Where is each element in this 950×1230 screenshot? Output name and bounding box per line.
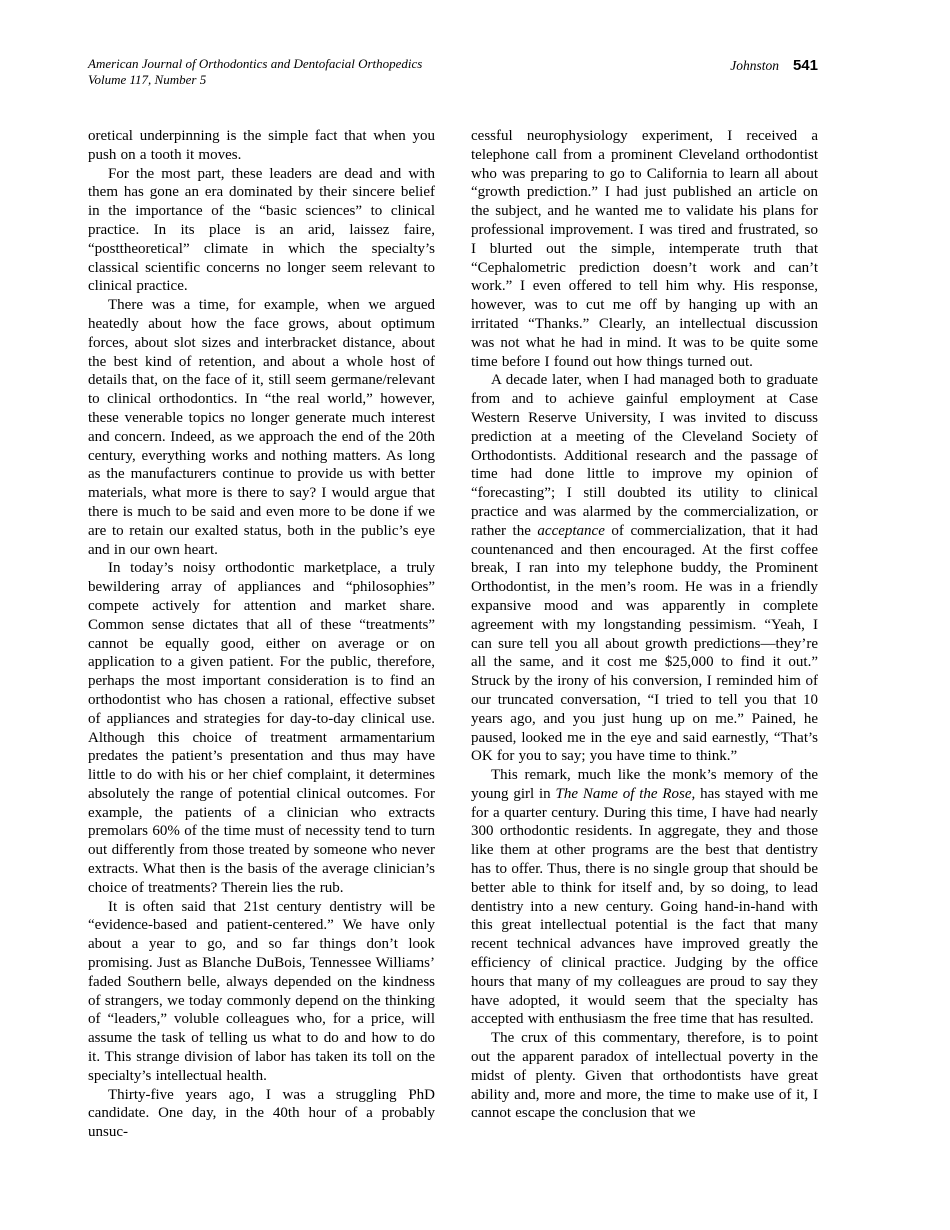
paragraph: It is often said that 21st century denti… xyxy=(88,898,435,1086)
text-run: A decade later, when I had managed both … xyxy=(471,372,818,538)
paragraph: oretical underpinning is the simple fact… xyxy=(88,127,435,165)
text-run: cessful neurophysiology experiment, I re… xyxy=(471,128,818,370)
text-run: For the most part, these leaders are dea… xyxy=(88,166,435,295)
journal-volume-number: Volume 117, Number 5 xyxy=(88,72,422,88)
paragraph: Thirty-five years ago, I was a strugglin… xyxy=(88,1086,435,1142)
text-run: The Name of the Rose, xyxy=(556,786,696,802)
paragraph: There was a time, for example, when we a… xyxy=(88,296,435,559)
text-run: There was a time, for example, when we a… xyxy=(88,297,435,557)
journal-title: American Journal of Orthodontics and Den… xyxy=(88,56,422,72)
author-name: Johnston xyxy=(730,58,779,73)
running-head: Johnston541 xyxy=(730,56,818,75)
paragraph: The crux of this commentary, therefore, … xyxy=(471,1029,818,1123)
journal-info: American Journal of Orthodontics and Den… xyxy=(88,56,422,88)
text-run: In today’s noisy orthodontic marketplace… xyxy=(88,560,435,896)
page-header: American Journal of Orthodontics and Den… xyxy=(88,56,818,88)
text-run: acceptance xyxy=(537,523,604,539)
paragraph: This remark, much like the monk’s memory… xyxy=(471,766,818,1029)
paragraph: cessful neurophysiology experiment, I re… xyxy=(471,127,818,371)
text-run: The crux of this commentary, therefore, … xyxy=(471,1030,818,1121)
column-left: oretical underpinning is the simple fact… xyxy=(88,127,435,1142)
text-run: Thirty-five years ago, I was a strugglin… xyxy=(88,1087,435,1141)
journal-page: American Journal of Orthodontics and Den… xyxy=(0,0,950,1230)
page-number: 541 xyxy=(793,57,818,74)
paragraph: For the most part, these leaders are dea… xyxy=(88,165,435,297)
paragraph: In today’s noisy orthodontic marketplace… xyxy=(88,559,435,897)
text-columns: oretical underpinning is the simple fact… xyxy=(88,127,818,1142)
text-run: has stayed with me for a quarter century… xyxy=(471,786,818,1028)
column-right: cessful neurophysiology experiment, I re… xyxy=(471,127,818,1142)
text-run: of commercialization, that it had counte… xyxy=(471,523,818,765)
text-run: It is often said that 21st century denti… xyxy=(88,899,435,1084)
text-run: oretical underpinning is the simple fact… xyxy=(88,128,435,163)
paragraph: A decade later, when I had managed both … xyxy=(471,371,818,766)
